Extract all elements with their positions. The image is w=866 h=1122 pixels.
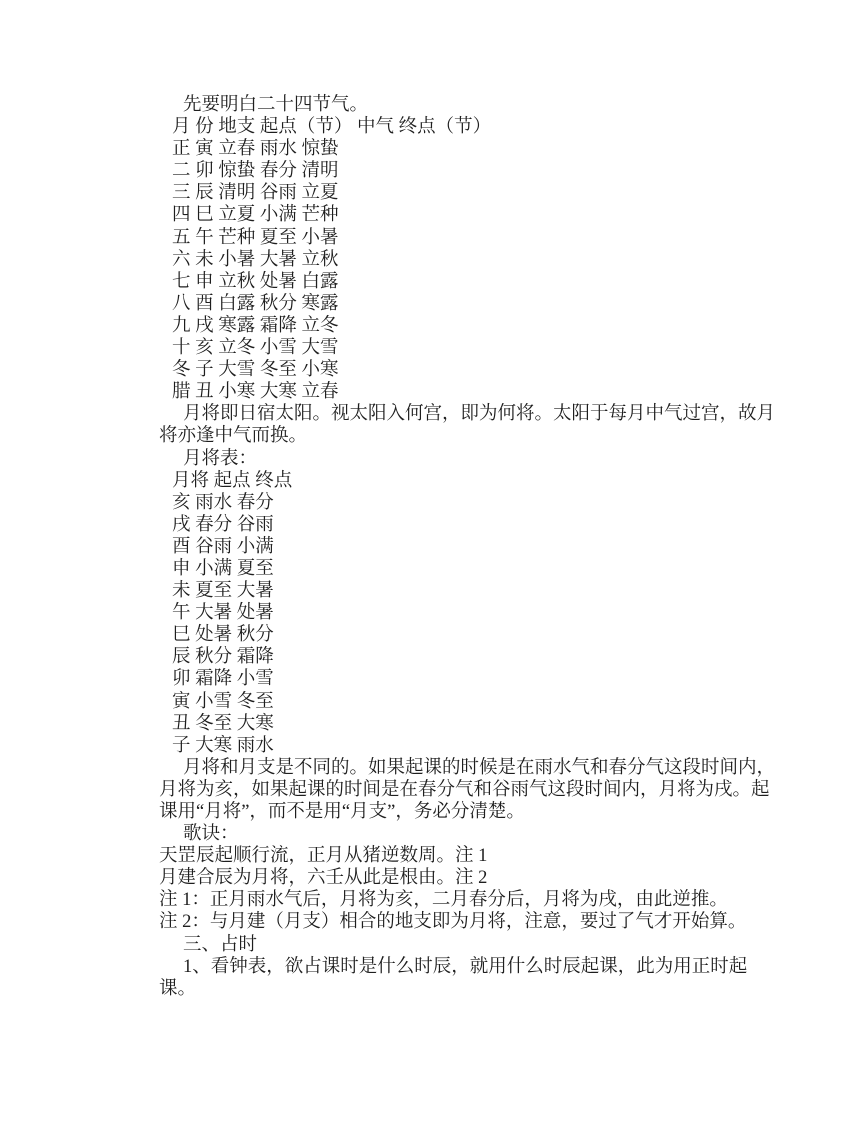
document-content: 先要明白二十四节气。 月 份 地支 起点（节） 中气 终点（节） 正 寅 立春 … [159, 94, 739, 1000]
solar-terms-row: 六 未 小暑 大暑 立秋 [159, 249, 739, 271]
difference-paragraph-line: 课用“月将”，而不是用“月支”，务必分清楚。 [159, 801, 739, 823]
section-title: 三、占时 [159, 934, 739, 956]
yuejiang-table-row: 午 大暑 处暑 [159, 602, 739, 624]
solar-terms-row: 十 亥 立冬 小雪 大雪 [159, 337, 739, 359]
yuejiang-table-row: 巳 处暑 秋分 [159, 624, 739, 646]
zhanshi-paragraph-line: 课。 [159, 978, 739, 1000]
solar-terms-row: 正 寅 立春 雨水 惊蛰 [159, 138, 739, 160]
yuejiang-table-row: 戌 春分 谷雨 [159, 514, 739, 536]
intro-paragraph: 先要明白二十四节气。 [159, 94, 739, 116]
yuejiang-table-title: 月将表： [159, 448, 739, 470]
yuejiang-table-row: 丑 冬至 大寒 [159, 713, 739, 735]
solar-terms-row: 八 酉 白露 秋分 寒露 [159, 293, 739, 315]
yuejiang-paragraph-line: 月将即日宿太阳。视太阳入何宫，即为何将。太阳于每月中气过宫，故月 [159, 403, 739, 425]
gejue-verse-line: 天罡辰起顺行流，正月从猪逆数周。注 1 [159, 845, 739, 867]
difference-paragraph-line: 月将为亥，如果起课的时间是在春分气和谷雨气这段时间内，月将为戌。起 [159, 779, 739, 801]
solar-terms-row: 腊 丑 小寒 大寒 立春 [159, 381, 739, 403]
solar-terms-row: 五 午 芒种 夏至 小暑 [159, 227, 739, 249]
yuejiang-table-row: 辰 秋分 霜降 [159, 646, 739, 668]
solar-terms-table-header: 月 份 地支 起点（节） 中气 终点（节） [159, 116, 739, 138]
yuejiang-table-row: 申 小满 夏至 [159, 558, 739, 580]
yuejiang-paragraph-line: 将亦逢中气而换。 [159, 425, 739, 447]
yuejiang-table-header: 月将 起点 终点 [159, 470, 739, 492]
yuejiang-table-row: 子 大寒 雨水 [159, 735, 739, 757]
solar-terms-row: 九 戌 寒露 霜降 立冬 [159, 315, 739, 337]
yuejiang-table-row: 卯 霜降 小雪 [159, 668, 739, 690]
solar-terms-row: 四 巳 立夏 小满 芒种 [159, 204, 739, 226]
note-line: 注 1：正月雨水气后，月将为亥，二月春分后，月将为戌，由此逆推。 [159, 889, 739, 911]
solar-terms-row: 冬 子 大雪 冬至 小寒 [159, 359, 739, 381]
yuejiang-table-row: 未 夏至 大暑 [159, 580, 739, 602]
yuejiang-table-row: 寅 小雪 冬至 [159, 691, 739, 713]
solar-terms-row: 三 辰 清明 谷雨 立夏 [159, 182, 739, 204]
zhanshi-paragraph-line: 1、看钟表，欲占课时是什么时辰，就用什么时辰起课，此为用正时起 [159, 956, 739, 978]
note-line: 注 2：与月建（月支）相合的地支即为月将，注意，要过了气才开始算。 [159, 911, 739, 933]
yuejiang-table-row: 酉 谷雨 小满 [159, 536, 739, 558]
solar-terms-row: 二 卯 惊蛰 春分 清明 [159, 160, 739, 182]
document-page: 先要明白二十四节气。 月 份 地支 起点（节） 中气 终点（节） 正 寅 立春 … [0, 0, 866, 1122]
difference-paragraph-line: 月将和月支是不同的。如果起课的时候是在雨水气和春分气这段时间内， [159, 757, 739, 779]
yuejiang-table-row: 亥 雨水 春分 [159, 492, 739, 514]
gejue-title: 歌诀： [159, 823, 739, 845]
gejue-verse-line: 月建合辰为月将，六壬从此是根由。注 2 [159, 867, 739, 889]
solar-terms-row: 七 申 立秋 处暑 白露 [159, 271, 739, 293]
